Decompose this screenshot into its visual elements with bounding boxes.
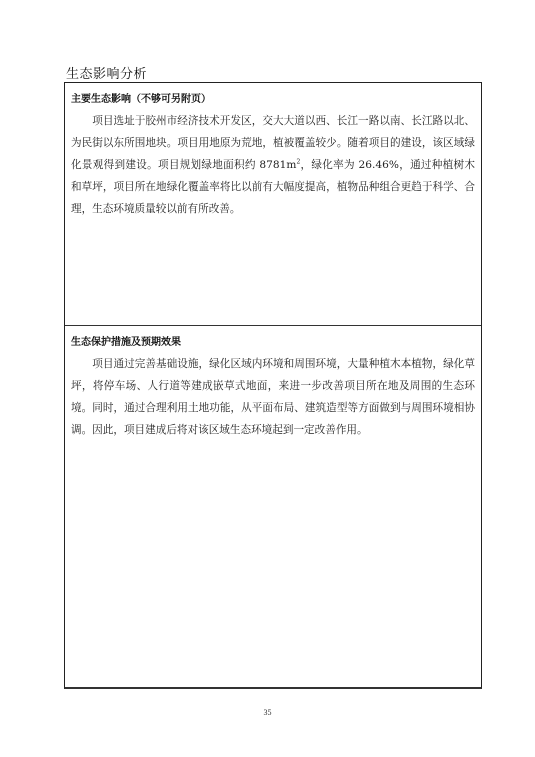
ecological-impact-table: 主要生态影响（不够可另附页） 项目选址于胶州市经济技术开发区，交大大道以西、长江… bbox=[64, 82, 482, 689]
main-ecological-impact-cell: 主要生态影响（不够可另附页） 项目选址于胶州市经济技术开发区，交大大道以西、长江… bbox=[65, 83, 481, 326]
protection-measures-cell: 生态保护措施及预期效果 项目通过完善基础设施，绿化区域内环境和周围环境，大量种植… bbox=[65, 326, 481, 687]
protection-measures-heading: 生态保护措施及预期效果 bbox=[71, 335, 475, 351]
protection-measures-text: 项目通过完善基础设施，绿化区域内环境和周围环境，大量种植木本植物，绿化草坪，将停… bbox=[71, 353, 475, 441]
section-title: 生态影响分析 bbox=[66, 63, 147, 82]
page-number: 35 bbox=[0, 708, 535, 717]
main-ecological-impact-text: 项目选址于胶州市经济技术开发区，交大大道以西、长江一路以南、长江路以北、为民街以… bbox=[71, 110, 475, 220]
main-ecological-impact-heading: 主要生态影响（不够可另附页） bbox=[71, 92, 475, 108]
